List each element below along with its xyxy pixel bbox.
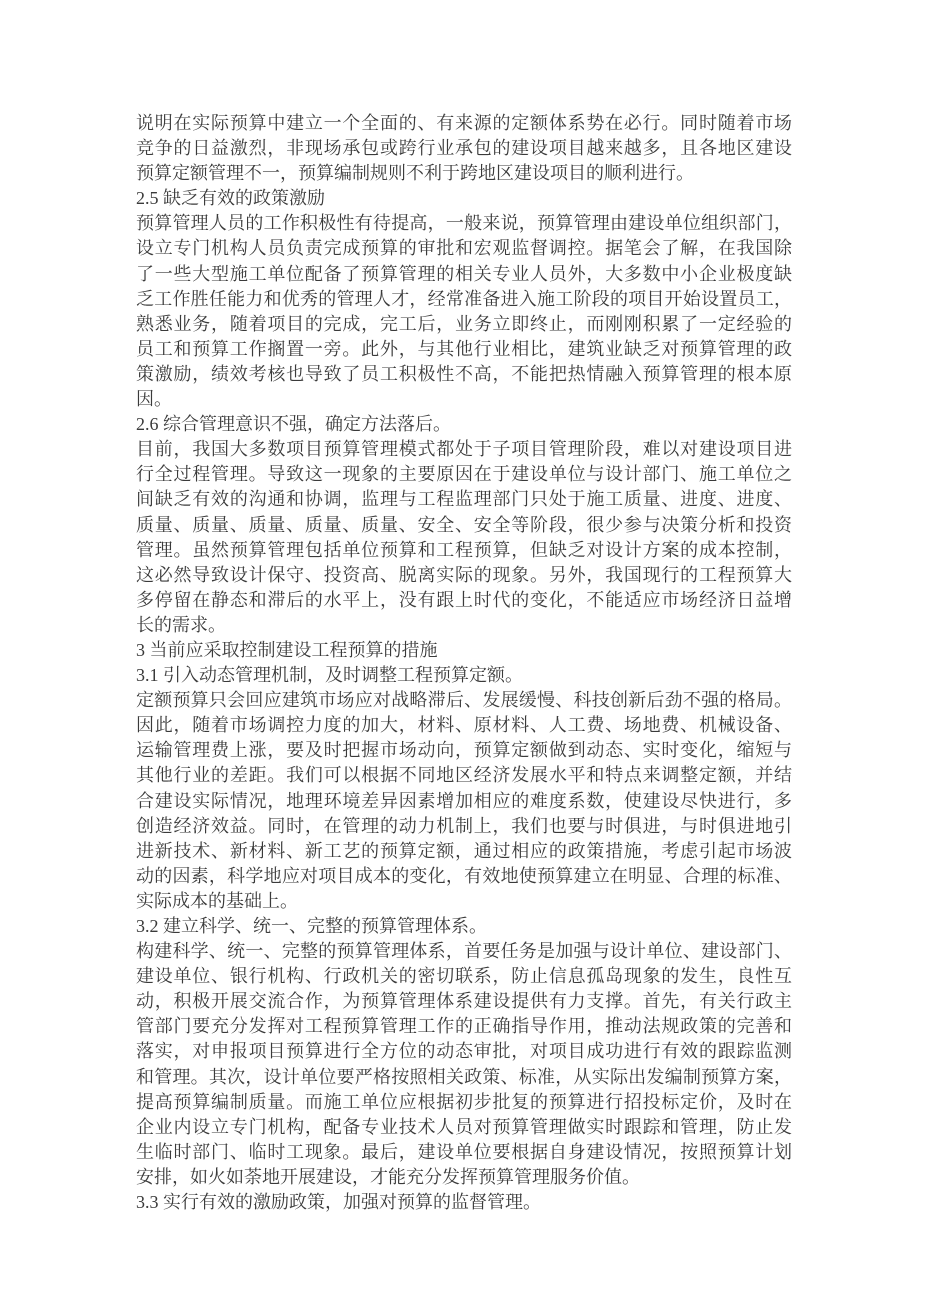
text-line: 落实，对申报项目预算进行全方位的动态审批，对项目成功进行有效的跟踪监测: [136, 1039, 792, 1064]
section-heading: 3 当前应采取控制建设工程预算的措施: [136, 638, 792, 663]
text-line: 竞争的日益激烈，非现场承包或跨行业承包的建设项目越来越多，且各地区建设: [136, 136, 792, 161]
text-line: 多停留在静态和滞后的水平上，没有跟上时代的变化，不能适应市场经济日益增: [136, 588, 792, 613]
text-line: 2.6 综合管理意识不强，确定方法落后。: [136, 412, 792, 437]
text-line: 管理。虽然预算管理包括单位预算和工程预算，但缺乏对设计方案的成本控制，: [136, 538, 792, 563]
text-line: 因此，随着市场调控力度的加大，材料、原材料、人工费、场地费、机械设备、: [136, 713, 792, 738]
text-line: 运输管理费上涨，要及时把握市场动向，预算定额做到动态、实时变化，缩短与: [136, 738, 792, 763]
text-line: 这必然导致设计保守、投资高、脱离实际的现象。另外，我国现行的工程预算大: [136, 563, 792, 588]
text-line: 其他行业的差距。我们可以根据不同地区经济发展水平和特点来调整定额，并结: [136, 763, 792, 788]
paragraph: 目前，我国大多数项目预算管理模式都处于子项目管理阶段，难以对建设项目进行全过程管…: [136, 437, 792, 638]
text-line: 3.3 实行有效的激励政策，加强对预算的监督管理。: [136, 1190, 792, 1215]
text-line: 预算管理人员的工作积极性有待提高，一般来说，预算管理由建设单位组织部门，: [136, 211, 792, 236]
paragraph: 定额预算只会回应建筑市场应对战略滞后、发展缓慢、科技创新后劲不强的格局。因此，随…: [136, 688, 792, 914]
text-line: 因。: [136, 387, 792, 412]
text-line: 管部门要充分发挥对工程预算管理工作的正确指导作用，推动法规政策的完善和: [136, 1014, 792, 1039]
text-line: 质量、质量、质量、质量、质量、安全、安全等阶段，很少参与决策分析和投资: [136, 513, 792, 538]
text-line: 行全过程管理。导致这一现象的主要原因在于建设单位与设计部门、施工单位之: [136, 462, 792, 487]
text-line: 员工和预算工作搁置一旁。此外，与其他行业相比，建筑业缺乏对预算管理的政: [136, 337, 792, 362]
text-line: 动，积极开展交流合作，为预算管理体系建设提供有力支撑。首先，有关行政主: [136, 989, 792, 1014]
text-line: 了一些大型施工单位配备了预算管理的相关专业人员外，大多数中小企业极度缺: [136, 262, 792, 287]
text-line: 预算定额管理不一，预算编制规则不利于跨地区建设项目的顺利进行。: [136, 161, 792, 186]
text-line: 安排，如火如荼地开展建设，才能充分发挥预算管理服务价值。: [136, 1165, 792, 1190]
paragraph: 预算管理人员的工作积极性有待提高，一般来说，预算管理由建设单位组织部门，设立专门…: [136, 211, 792, 412]
text-line: 3.2 建立科学、统一、完整的预算管理体系。: [136, 914, 792, 939]
section-heading: 2.6 综合管理意识不强，确定方法落后。: [136, 412, 792, 437]
text-line: 提高预算编制质量。而施工单位应根据初步批复的预算进行招投标定价，及时在: [136, 1090, 792, 1115]
text-line: 动的因素，科学地应对项目成本的变化，有效地使预算建立在明显、合理的标准、: [136, 864, 792, 889]
document-text: 说明在实际预算中建立一个全面的、有来源的定额体系势在必行。同时随着市场竞争的日益…: [136, 111, 792, 1215]
paragraph: 说明在实际预算中建立一个全面的、有来源的定额体系势在必行。同时随着市场竞争的日益…: [136, 111, 792, 186]
text-line: 说明在实际预算中建立一个全面的、有来源的定额体系势在必行。同时随着市场: [136, 111, 792, 136]
section-heading: 3.1 引入动态管理机制，及时调整工程预算定额。: [136, 663, 792, 688]
section-heading: 3.3 实行有效的激励政策，加强对预算的监督管理。: [136, 1190, 792, 1215]
text-line: 长的需求。: [136, 613, 792, 638]
text-line: 目前，我国大多数项目预算管理模式都处于子项目管理阶段，难以对建设项目进: [136, 437, 792, 462]
text-line: 定额预算只会回应建筑市场应对战略滞后、发展缓慢、科技创新后劲不强的格局。: [136, 688, 792, 713]
text-line: 设立专门机构人员负责完成预算的审批和宏观监督调控。据笔会了解，在我国除: [136, 236, 792, 261]
text-line: 构建科学、统一、完整的预算管理体系，首要任务是加强与设计单位、建设部门、: [136, 939, 792, 964]
document-page: 说明在实际预算中建立一个全面的、有来源的定额体系势在必行。同时随着市场竞争的日益…: [0, 0, 926, 1309]
section-heading: 2.5 缺乏有效的政策激励: [136, 186, 792, 211]
text-line: 3 当前应采取控制建设工程预算的措施: [136, 638, 792, 663]
paragraph: 构建科学、统一、完整的预算管理体系，首要任务是加强与设计单位、建设部门、建设单位…: [136, 939, 792, 1190]
text-line: 企业内设立专门机构，配备专业技术人员对预算管理做实时跟踪和管理，防止发: [136, 1115, 792, 1140]
text-line: 策激励，绩效考核也导致了员工积极性不高，不能把热情融入预算管理的根本原: [136, 362, 792, 387]
text-line: 合建设实际情况，地理环境差异因素增加相应的难度系数，使建设尽快进行，多: [136, 789, 792, 814]
text-line: 实际成本的基础上。: [136, 889, 792, 914]
text-line: 和管理。其次，设计单位要严格按照相关政策、标准，从实际出发编制预算方案，: [136, 1065, 792, 1090]
text-line: 乏工作胜任能力和优秀的管理人才，经常准备进入施工阶段的项目开始设置员工，: [136, 287, 792, 312]
text-line: 创造经济效益。同时，在管理的动力机制上，我们也要与时俱进，与时俱进地引: [136, 814, 792, 839]
text-line: 2.5 缺乏有效的政策激励: [136, 186, 792, 211]
text-line: 进新技术、新材料、新工艺的预算定额，通过相应的政策措施，考虑引起市场波: [136, 839, 792, 864]
text-line: 熟悉业务，随着项目的完成，完工后，业务立即终止，而刚刚积累了一定经验的: [136, 312, 792, 337]
text-line: 建设单位、银行机构、行政机关的密切联系，防止信息孤岛现象的发生，良性互: [136, 964, 792, 989]
text-line: 间缺乏有效的沟通和协调，监理与工程监理部门只处于施工质量、进度、进度、: [136, 487, 792, 512]
text-line: 3.1 引入动态管理机制，及时调整工程预算定额。: [136, 663, 792, 688]
text-line: 生临时部门、临时工现象。最后，建设单位要根据自身建设情况，按照预算计划: [136, 1140, 792, 1165]
section-heading: 3.2 建立科学、统一、完整的预算管理体系。: [136, 914, 792, 939]
